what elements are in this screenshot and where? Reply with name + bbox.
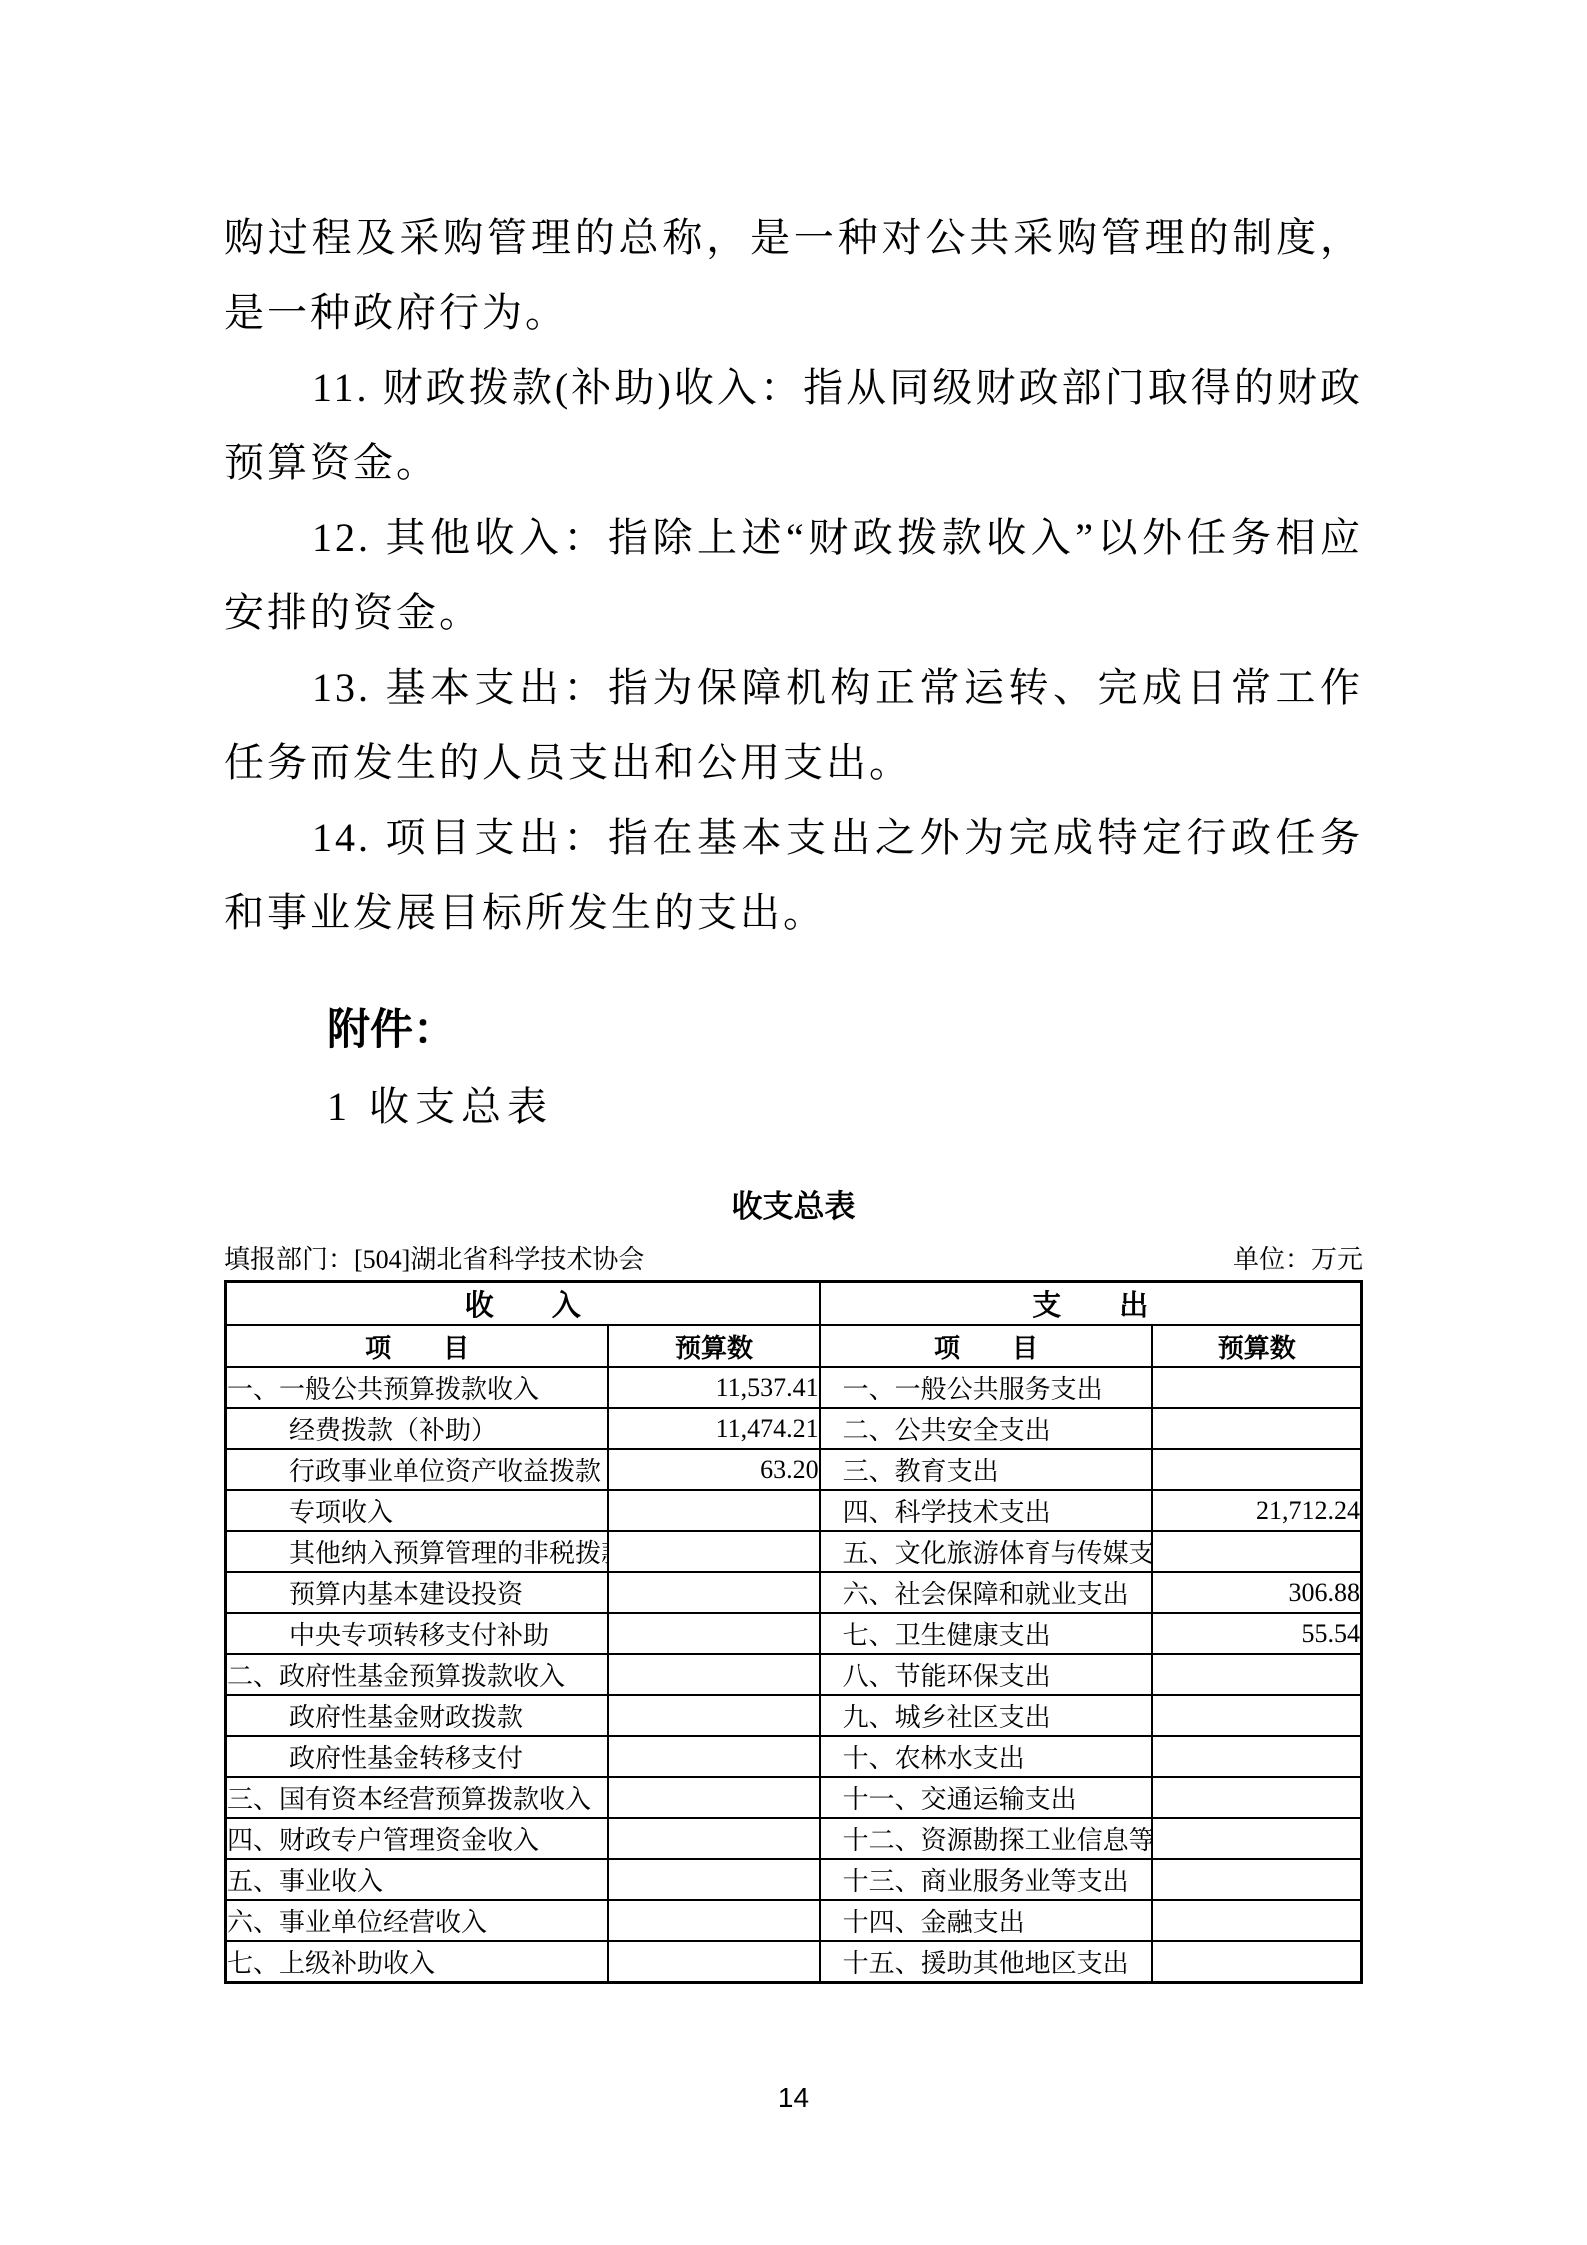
page-content: 购过程及采购管理的总称，是一种对公共采购管理的制度，是一种政府行为。 11. 财… [224, 200, 1363, 1984]
income-value-cell: 63.20 [608, 1449, 819, 1490]
expense-item-cell: 十三、商业服务业等支出 [820, 1859, 1153, 1900]
income-item-cell: 行政事业单位资产收益拨款 [226, 1449, 609, 1490]
expense-item-cell: 十五、援助其他地区支出 [820, 1941, 1153, 1982]
table-row: 行政事业单位资产收益拨款63.20三、教育支出 [226, 1449, 1362, 1490]
expense-item-cell: 三、教育支出 [820, 1449, 1153, 1490]
income-value-cell [608, 1490, 819, 1531]
table-meta-row: 填报部门：[504]湖北省科学技术协会 单位：万元 [224, 1244, 1363, 1276]
expense-value-cell: 21,712.24 [1152, 1490, 1361, 1531]
expense-item-cell: 十二、资源勘探工业信息等支出 [820, 1818, 1153, 1859]
expense-value-cell [1152, 1408, 1361, 1449]
income-value-cell: 11,474.21 [608, 1408, 819, 1449]
income-value-cell [608, 1777, 819, 1818]
table-row: 预算内基本建设投资六、社会保障和就业支出306.88 [226, 1572, 1362, 1613]
expense-value-cell [1152, 1367, 1361, 1408]
income-item-cell: 中央专项转移支付补助 [226, 1613, 609, 1654]
table-row: 其他纳入预算管理的非税拨款五、文化旅游体育与传媒支出 [226, 1531, 1362, 1572]
table-row: 中央专项转移支付补助七、卫生健康支出55.54 [226, 1613, 1362, 1654]
expense-budget-column-header: 预算数 [1152, 1325, 1361, 1367]
expense-value-cell [1152, 1654, 1361, 1695]
income-value-cell: 11,537.41 [608, 1367, 819, 1408]
expense-item-cell: 八、节能环保支出 [820, 1654, 1153, 1695]
income-item-column-header: 项 目 [226, 1325, 609, 1367]
expense-value-cell [1152, 1818, 1361, 1859]
expense-item-cell: 七、卫生健康支出 [820, 1613, 1153, 1654]
body-paragraph: 13. 基本支出：指为保障机构正常运转、完成日常工作任务而发生的人员支出和公用支… [224, 650, 1363, 800]
table-row: 政府性基金财政拨款九、城乡社区支出 [226, 1695, 1362, 1736]
expense-item-cell: 二、公共安全支出 [820, 1408, 1153, 1449]
income-item-cell: 政府性基金财政拨款 [226, 1695, 609, 1736]
income-value-cell [608, 1941, 819, 1982]
section-header-row: 收 入 支 出 [226, 1282, 1362, 1326]
income-item-cell: 三、国有资本经营预算拨款收入 [226, 1777, 609, 1818]
income-item-cell: 六、事业单位经营收入 [226, 1900, 609, 1941]
body-paragraph: 14. 项目支出：指在基本支出之外为完成特定行政任务和事业发展目标所发生的支出。 [224, 800, 1363, 950]
body-paragraph: 12. 其他收入：指除上述“财政拨款收入”以外任务相应安排的资金。 [224, 500, 1363, 650]
expense-value-cell [1152, 1859, 1361, 1900]
income-item-cell: 政府性基金转移支付 [226, 1736, 609, 1777]
income-item-cell: 预算内基本建设投资 [226, 1572, 609, 1613]
expense-section-header: 支 出 [820, 1282, 1362, 1326]
unit-label: 单位：万元 [1233, 1244, 1363, 1276]
income-item-cell: 专项收入 [226, 1490, 609, 1531]
column-header-row: 项 目 预算数 项 目 预算数 [226, 1325, 1362, 1367]
expense-item-cell: 十一、交通运输支出 [820, 1777, 1153, 1818]
income-value-cell [608, 1572, 819, 1613]
expense-value-cell [1152, 1531, 1361, 1572]
table-row: 经费拨款（补助）11,474.21二、公共安全支出 [226, 1408, 1362, 1449]
income-value-cell [608, 1818, 819, 1859]
income-value-cell [608, 1859, 819, 1900]
table-row: 二、政府性基金预算拨款收入八、节能环保支出 [226, 1654, 1362, 1695]
table-row: 政府性基金转移支付十、农林水支出 [226, 1736, 1362, 1777]
income-item-cell: 七、上级补助收入 [226, 1941, 609, 1982]
expense-item-cell: 四、科学技术支出 [820, 1490, 1153, 1531]
expense-item-cell: 十、农林水支出 [820, 1736, 1153, 1777]
income-value-cell [608, 1736, 819, 1777]
table-row: 六、事业单位经营收入十四、金融支出 [226, 1900, 1362, 1941]
expense-value-cell [1152, 1900, 1361, 1941]
income-value-cell [608, 1613, 819, 1654]
income-item-cell: 其他纳入预算管理的非税拨款 [226, 1531, 609, 1572]
expense-value-cell [1152, 1777, 1361, 1818]
income-item-cell: 五、事业收入 [226, 1859, 609, 1900]
expense-item-cell: 九、城乡社区支出 [820, 1695, 1153, 1736]
page-number: 14 [0, 2082, 1587, 2114]
budget-summary-table: 收 入 支 出 项 目 预算数 项 目 预算数 一、一般公共预算拨款收入11,5… [224, 1280, 1363, 1984]
expense-value-cell [1152, 1449, 1361, 1490]
table-row: 一、一般公共预算拨款收入11,537.41一、一般公共服务支出 [226, 1367, 1362, 1408]
expense-item-cell: 六、社会保障和就业支出 [820, 1572, 1153, 1613]
expense-item-cell: 十四、金融支出 [820, 1900, 1153, 1941]
expense-value-cell [1152, 1695, 1361, 1736]
income-item-cell: 一、一般公共预算拨款收入 [226, 1367, 609, 1408]
table-row: 五、事业收入十三、商业服务业等支出 [226, 1859, 1362, 1900]
expense-value-cell [1152, 1736, 1361, 1777]
expense-item-cell: 五、文化旅游体育与传媒支出 [820, 1531, 1153, 1572]
expense-value-cell: 306.88 [1152, 1572, 1361, 1613]
table-row: 三、国有资本经营预算拨款收入十一、交通运输支出 [226, 1777, 1362, 1818]
income-value-cell [608, 1531, 819, 1572]
body-text-block: 购过程及采购管理的总称，是一种对公共采购管理的制度，是一种政府行为。 11. 财… [224, 200, 1363, 950]
summary-table-body: 一、一般公共预算拨款收入11,537.41一、一般公共服务支出经费拨款（补助）1… [226, 1367, 1362, 1982]
attachment-heading: 附件： [224, 1000, 1363, 1060]
attachment-list-item: 1 收支总表 [224, 1077, 1363, 1137]
table-title: 收支总表 [224, 1185, 1363, 1229]
expense-value-cell: 55.54 [1152, 1613, 1361, 1654]
income-item-cell: 四、财政专户管理资金收入 [226, 1818, 609, 1859]
document-page: 购过程及采购管理的总称，是一种对公共采购管理的制度，是一种政府行为。 11. 财… [0, 0, 1587, 2245]
body-paragraph: 购过程及采购管理的总称，是一种对公共采购管理的制度，是一种政府行为。 [224, 200, 1363, 350]
reporting-department-label: 填报部门：[504]湖北省科学技术协会 [224, 1244, 644, 1276]
income-value-cell [608, 1900, 819, 1941]
table-row: 四、财政专户管理资金收入十二、资源勘探工业信息等支出 [226, 1818, 1362, 1859]
income-section-header: 收 入 [226, 1282, 820, 1326]
income-item-cell: 二、政府性基金预算拨款收入 [226, 1654, 609, 1695]
expense-item-cell: 一、一般公共服务支出 [820, 1367, 1153, 1408]
expense-item-column-header: 项 目 [820, 1325, 1153, 1367]
income-item-cell: 经费拨款（补助） [226, 1408, 609, 1449]
table-row: 专项收入四、科学技术支出21,712.24 [226, 1490, 1362, 1531]
income-value-cell [608, 1695, 819, 1736]
body-paragraph: 11. 财政拨款(补助)收入：指从同级财政部门取得的财政预算资金。 [224, 350, 1363, 500]
table-row: 七、上级补助收入十五、援助其他地区支出 [226, 1941, 1362, 1982]
income-budget-column-header: 预算数 [608, 1325, 819, 1367]
expense-value-cell [1152, 1941, 1361, 1982]
income-value-cell [608, 1654, 819, 1695]
